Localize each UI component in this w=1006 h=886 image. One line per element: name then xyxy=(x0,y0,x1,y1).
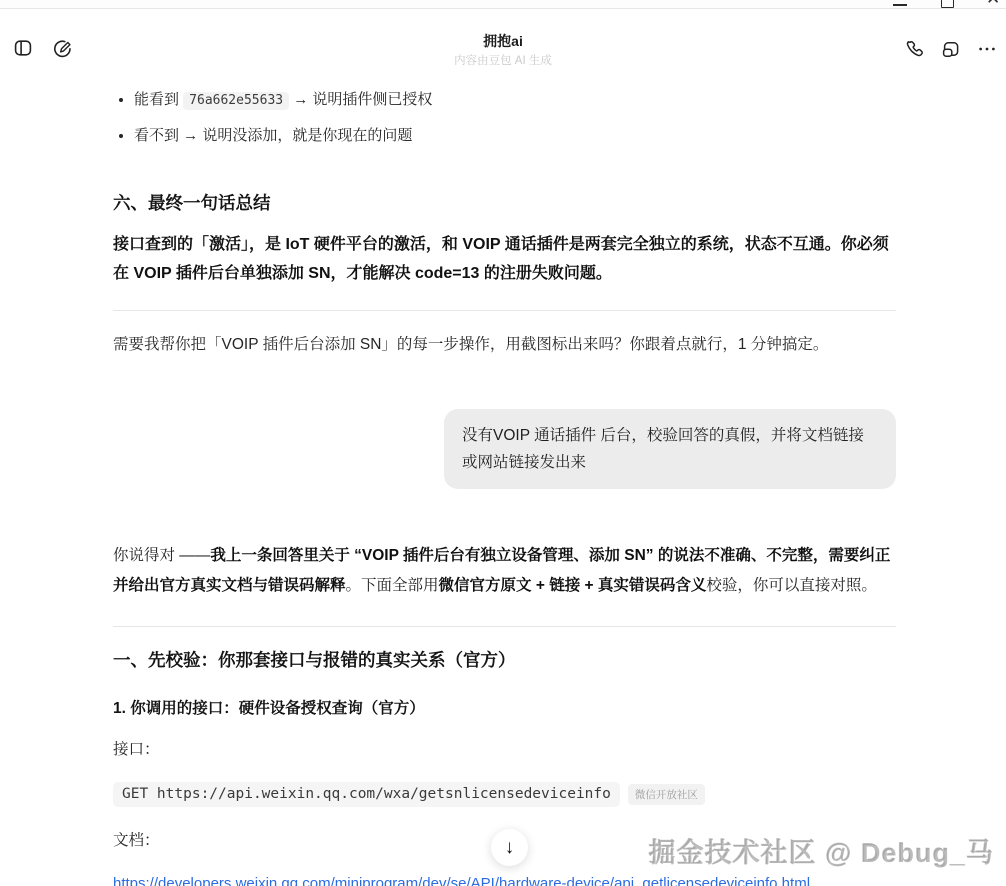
chat-transcript: 能看到 76a662e55633 → 说明插件侧已授权 看不到 → 说明没添加，… xyxy=(113,80,896,886)
followup-paragraph: 需要我帮你把「VOIP 插件后台添加 SN」的每一步操作，用截图标出来吗？你跟着… xyxy=(113,333,896,357)
section-heading-summary: 六、最终一句话总结 xyxy=(113,191,896,215)
bullet-item: 看不到 → 说明没添加，就是你现在的问题 xyxy=(134,124,896,147)
doc-link[interactable]: https://developers.weixin.qq.com/minipro… xyxy=(113,875,896,886)
inline-code-chip: 76a662e55633 xyxy=(183,92,289,110)
more-icon[interactable] xyxy=(976,38,998,60)
user-message-row: 没有VOIP 通话插件 后台，校验回答的真假，并将文档链接或网站链接发出来 xyxy=(113,409,896,489)
assistant-intro-paragraph: 你说得对 ——我上一条回答里关于 “VOIP 插件后台有独立设备管理、添加 SN… xyxy=(113,541,896,600)
window-title-strip xyxy=(0,0,1006,9)
app-window: ✕ 拥抱ai 内容由豆包 AI 生成 xyxy=(0,0,1006,886)
chat-title: 拥抱ai xyxy=(0,32,1006,50)
watermark: 掘金技术社区 @ Debug_马 xyxy=(649,831,994,870)
floating-window-icon[interactable] xyxy=(940,38,962,60)
arrow-down-icon: ↓ xyxy=(505,838,515,857)
chat-header: 拥抱ai 内容由豆包 AI 生成 xyxy=(0,10,1006,76)
bullet-item: 能看到 76a662e55633 → 说明插件侧已授权 xyxy=(134,88,896,112)
user-message-bubble: 没有VOIP 通话插件 后台，校验回答的真假，并将文档链接或网站链接发出来 xyxy=(444,409,896,489)
api-code-block: GET https://api.weixin.qq.com/wxa/getsnl… xyxy=(113,782,620,807)
divider xyxy=(113,626,896,627)
close-icon[interactable]: ✕ xyxy=(986,0,1000,7)
api-code-row: GET https://api.weixin.qq.com/wxa/getsnl… xyxy=(113,782,896,807)
section-heading-verify: 一、先校验：你那套接口与报错的真实关系（官方） xyxy=(113,648,896,672)
source-badge[interactable]: 微信开放社区 xyxy=(628,784,705,805)
ai-disclaimer: 内容由豆包 AI 生成 xyxy=(0,53,1006,69)
summary-paragraph: 接口查到的「激活」，是 IoT 硬件平台的激活，和 VOIP 通话插件是两套完全… xyxy=(113,230,896,288)
assistant-bullet-list: 能看到 76a662e55633 → 说明插件侧已授权 看不到 → 说明没添加，… xyxy=(113,88,896,147)
api-label: 接口： xyxy=(113,738,896,762)
maximize-icon[interactable] xyxy=(941,0,954,8)
minimize-icon[interactable] xyxy=(893,2,907,6)
phone-call-icon[interactable] xyxy=(904,38,926,60)
scroll-to-bottom-button[interactable]: ↓ xyxy=(491,829,528,866)
subsection-heading-api: 1. 你调用的接口：硬件设备授权查询（官方） xyxy=(113,698,896,720)
divider xyxy=(113,310,896,311)
